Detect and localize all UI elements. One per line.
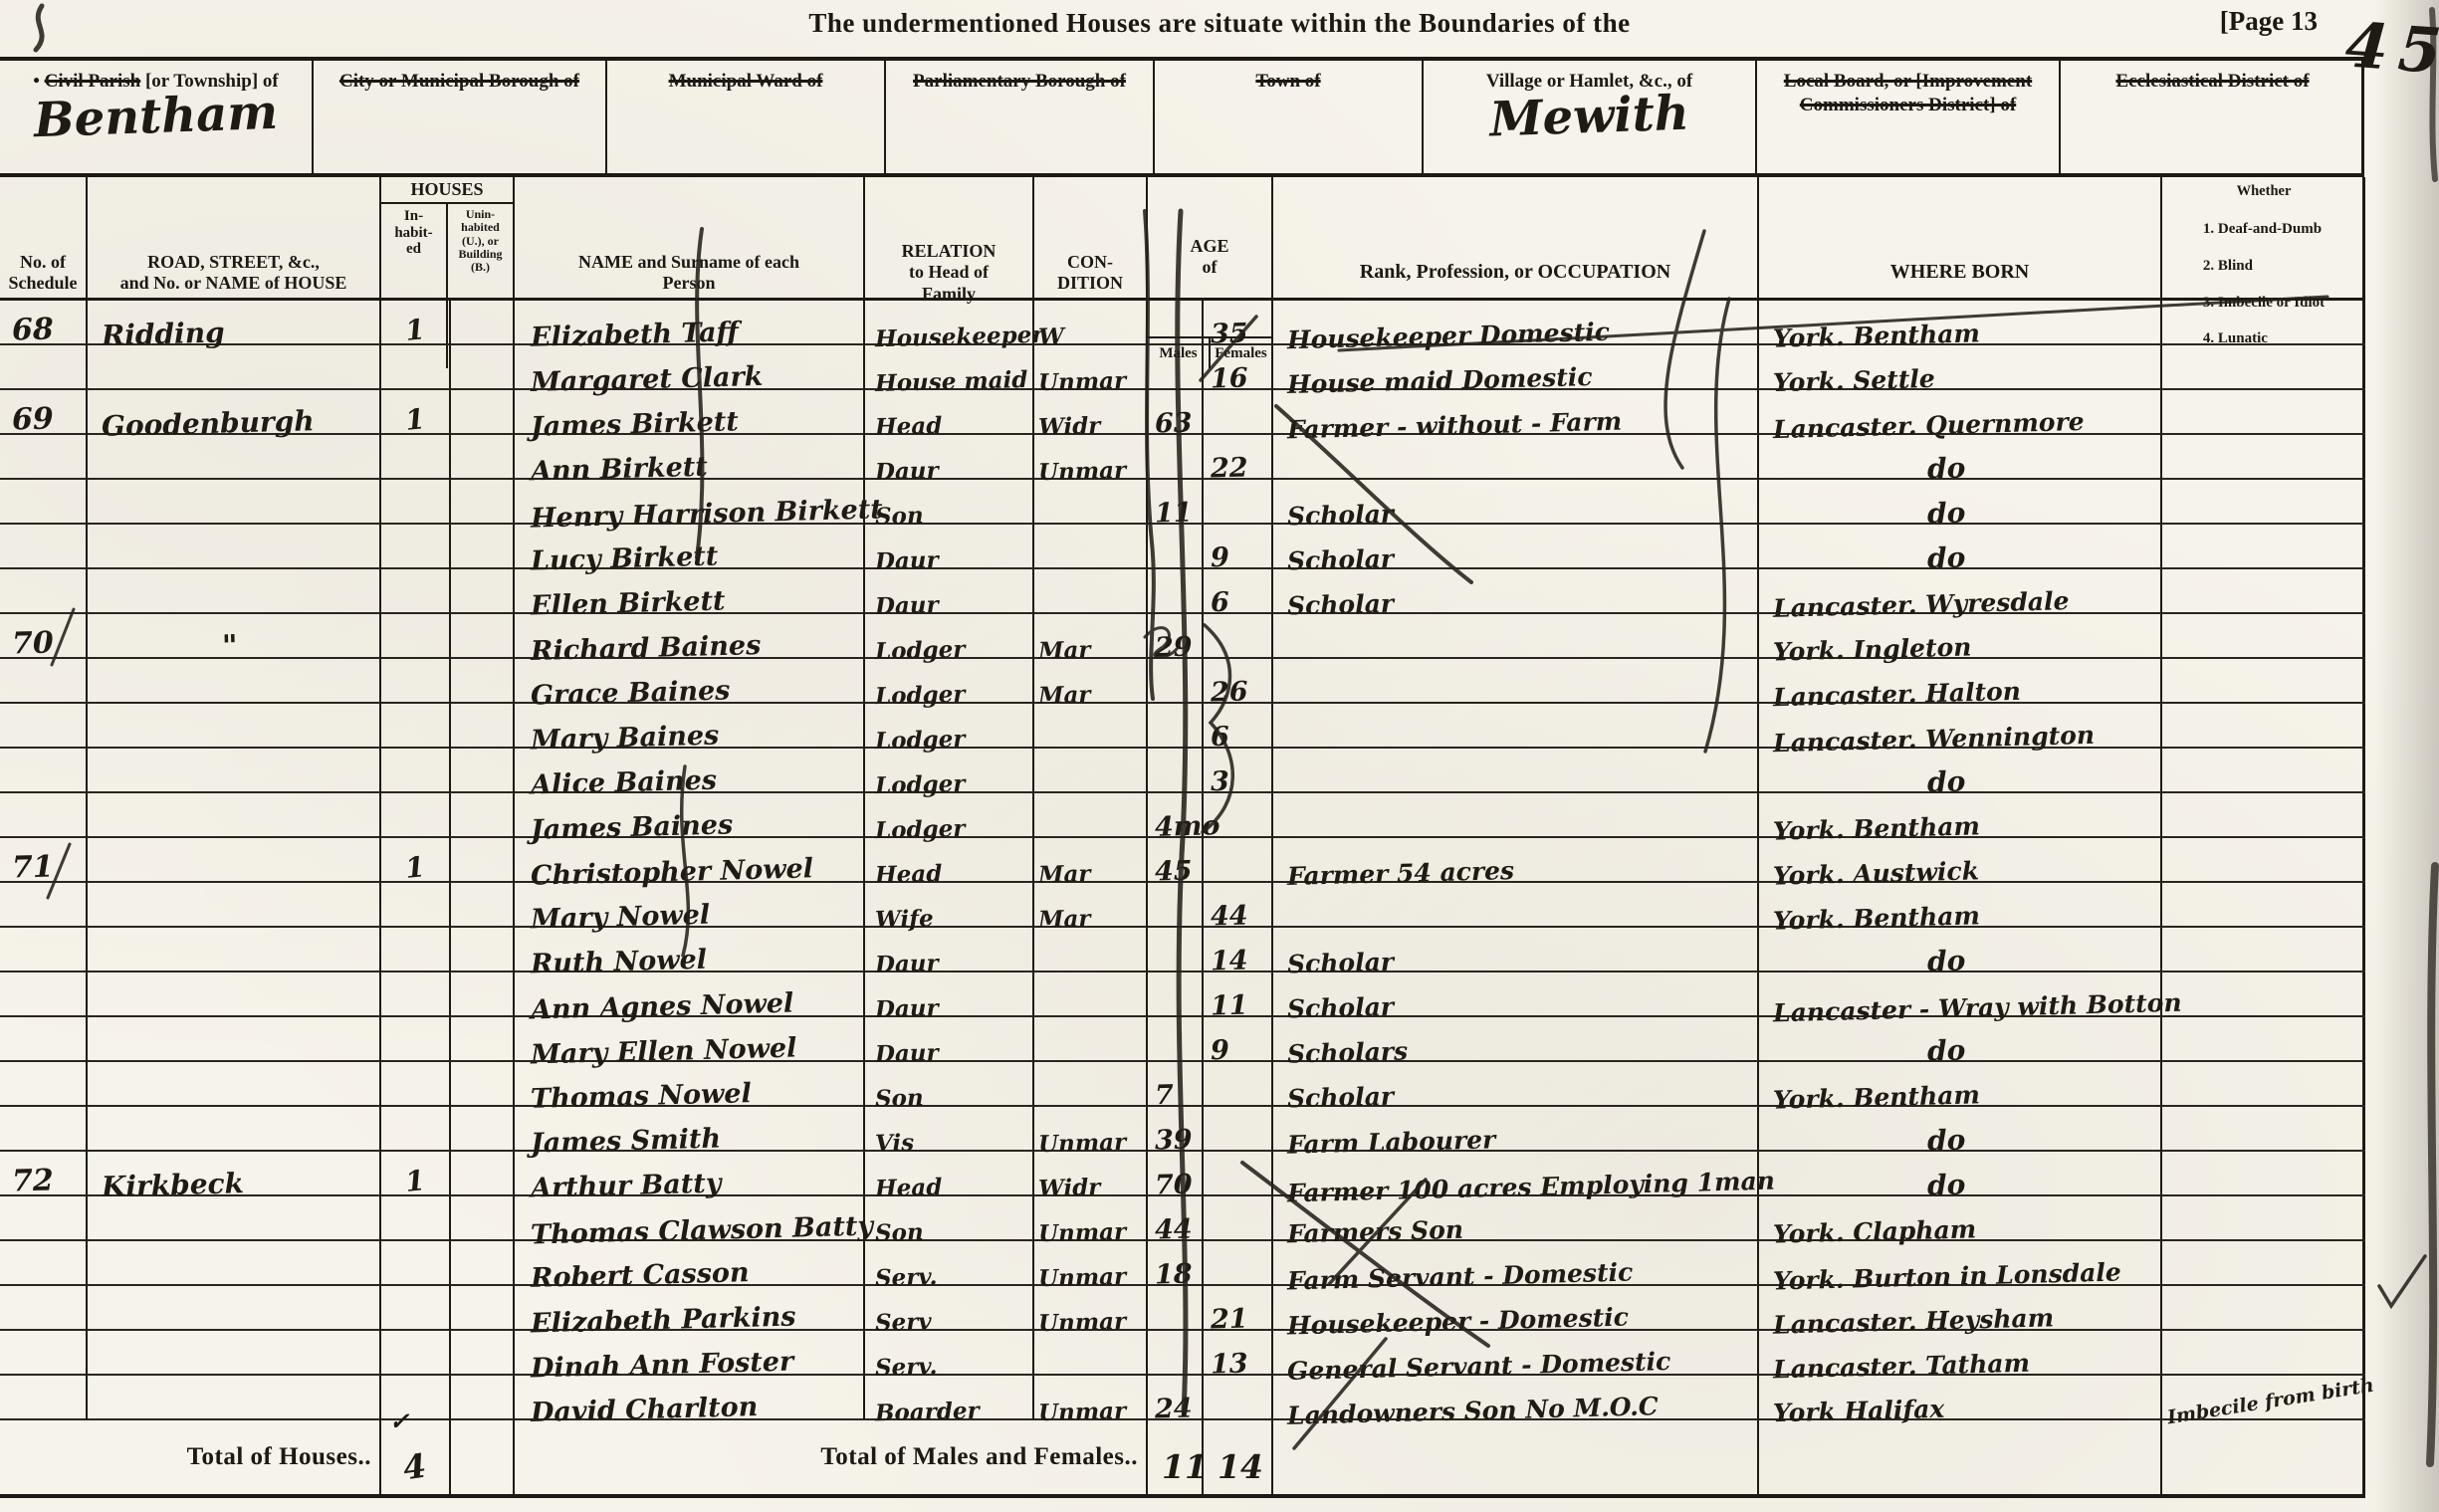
census-row: Margaret Clark House maid Unmar 16 House…	[0, 345, 2362, 390]
age-male-cell	[1148, 972, 1204, 1017]
relation-cell: Son	[865, 1062, 1034, 1107]
age-female-cell: 35	[1204, 301, 1273, 345]
where-born-cell: York. Clapham	[1759, 1196, 2162, 1241]
totals-born-cell	[1759, 1420, 2162, 1494]
relation-cell: Daur	[865, 1017, 1034, 1062]
age-male-cell: 29	[1148, 614, 1204, 659]
person-name-cell: Christopher Nowel	[515, 838, 865, 883]
district-field: Parliamentary Borough of	[886, 61, 1155, 173]
age-female-cell	[1204, 793, 1273, 838]
inhabited-cell	[381, 1331, 451, 1376]
schedule-number-cell	[0, 928, 88, 972]
where-born-cell: York. Ingleton	[1759, 614, 2162, 659]
inhabited-cell	[381, 435, 451, 480]
schedule-number-cell	[0, 480, 88, 525]
inhabited-cell: 1	[381, 390, 451, 435]
road-cell	[88, 1017, 381, 1062]
condition-cell: Widr	[1034, 390, 1148, 435]
schedule-number-cell	[0, 749, 88, 793]
occupation-cell	[1273, 659, 1759, 704]
occupation-cell	[1273, 614, 1759, 659]
age-female-cell	[1204, 1376, 1273, 1420]
person-name-cell: Ann Birkett	[515, 435, 865, 480]
age-male-cell	[1148, 883, 1204, 928]
occupation-cell: Farmer - without - Farm	[1273, 390, 1759, 435]
relation-cell: House maid	[865, 345, 1034, 390]
age-male-cell: 63	[1148, 390, 1204, 435]
inhabited-cell	[381, 972, 451, 1017]
age-male-cell: 18	[1148, 1241, 1204, 1286]
condition-cell: Unmar	[1034, 1376, 1148, 1420]
road-cell	[88, 972, 381, 1017]
relation-cell: Serv.	[865, 1331, 1034, 1376]
condition-cell	[1034, 793, 1148, 838]
uninhabited-cell	[451, 928, 515, 972]
occupation-cell	[1273, 749, 1759, 793]
relation-cell: Serv.	[865, 1241, 1034, 1286]
person-name-cell: Alice Baines	[515, 749, 865, 793]
age-female-cell	[1204, 1196, 1273, 1241]
person-name-cell: Henry Harrison Birkett	[515, 480, 865, 525]
person-name-cell: Elizabeth Parkins	[515, 1286, 865, 1331]
road-cell	[88, 838, 381, 883]
age-male-cell	[1148, 704, 1204, 749]
road-cell	[88, 1376, 381, 1420]
where-born-cell: Lancaster. Halton	[1759, 659, 2162, 704]
person-name-cell: David Charlton	[515, 1376, 865, 1420]
inhabited-cell: 1	[381, 301, 451, 345]
condition-cell: W	[1034, 301, 1148, 345]
age-female-cell: 13	[1204, 1331, 1273, 1376]
census-row: Ann Agnes Nowel Daur 11 Scholar Lancaste…	[0, 972, 2362, 1017]
road-cell	[88, 928, 381, 972]
disability-option-2: 2. Blind	[2203, 257, 2325, 275]
census-row: 69 Goodenburgh 1 James Birkett Head Widr…	[0, 390, 2362, 435]
person-name-cell: Arthur Batty	[515, 1152, 865, 1196]
inhabited-cell	[381, 883, 451, 928]
relation-cell: Daur	[865, 435, 1034, 480]
age-female-cell: 14	[1204, 928, 1273, 972]
age-male-cell	[1148, 1017, 1204, 1062]
road-cell: "	[88, 614, 381, 659]
occupation-cell: Scholar	[1273, 928, 1759, 972]
age-male-cell: 45	[1148, 838, 1204, 883]
inhabited-cell	[381, 1107, 451, 1152]
condition-cell: Unmar	[1034, 345, 1148, 390]
age-male-cell	[1148, 345, 1204, 390]
schedule-number-cell	[0, 883, 88, 928]
occupation-cell: Scholars	[1273, 1017, 1759, 1062]
census-row: Alice Baines Lodger 3 do	[0, 749, 2362, 793]
census-row: Ellen Birkett Daur 6 Scholar Lancaster. …	[0, 569, 2362, 614]
relation-cell: Head	[865, 838, 1034, 883]
disability-remarks-cell	[2162, 1331, 2365, 1376]
person-name-cell: Dinah Ann Foster	[515, 1331, 865, 1376]
uninhabited-cell	[451, 659, 515, 704]
condition-cell	[1034, 1062, 1148, 1107]
road-cell	[88, 1062, 381, 1107]
district-field-label-struck: Parliamentary Borough of	[913, 71, 1126, 92]
census-row: Elizabeth Parkins Serv Unmar 21 Housekee…	[0, 1286, 2362, 1331]
inhabited-cell	[381, 525, 451, 569]
district-field-label: City or Municipal Borough of	[320, 70, 599, 94]
disability-remarks-cell	[2162, 1196, 2365, 1241]
uninhabited-cell	[451, 480, 515, 525]
schedule-number-cell	[0, 345, 88, 390]
schedule-number-cell	[0, 704, 88, 749]
road-cell	[88, 1286, 381, 1331]
occupation-cell	[1273, 883, 1759, 928]
occupation-cell	[1273, 435, 1759, 480]
road-cell: Kirkbeck	[88, 1152, 381, 1196]
condition-cell: Mar	[1034, 883, 1148, 928]
age-female-cell	[1204, 1152, 1273, 1196]
schedule-number-cell	[0, 435, 88, 480]
disability-remarks-cell	[2162, 1286, 2365, 1331]
age-male-cell	[1148, 659, 1204, 704]
person-name-cell: Ruth Nowel	[515, 928, 865, 972]
person-name-cell: James Baines	[515, 793, 865, 838]
district-field: Local Board, or [Improvement Commissione…	[1757, 61, 2061, 173]
relation-cell: Head	[865, 390, 1034, 435]
uninhabited-cell	[451, 704, 515, 749]
person-name-cell: Mary Ellen Nowel	[515, 1017, 865, 1062]
uninhabited-cell	[451, 883, 515, 928]
census-rows: 68 Ridding 1 Elizabeth Taff Housekeeper …	[0, 301, 2362, 1420]
district-field-label: Municipal Ward of	[613, 70, 878, 94]
person-name-cell: Thomas Nowel	[515, 1062, 865, 1107]
uninhabited-cell	[451, 1331, 515, 1376]
district-field-label-struck: Town of	[1255, 71, 1320, 92]
schedule-number-cell	[0, 659, 88, 704]
disability-remarks-cell	[2162, 1107, 2365, 1152]
relation-cell: Lodger	[865, 793, 1034, 838]
condition-cell	[1034, 704, 1148, 749]
age-male-cell: 44	[1148, 1196, 1204, 1241]
where-born-cell: do	[1759, 1107, 2162, 1152]
condition-cell: Widr	[1034, 1152, 1148, 1196]
disability-remarks-cell	[2162, 838, 2365, 883]
condition-cell	[1034, 972, 1148, 1017]
schedule-number-cell: 69	[0, 390, 88, 435]
district-field-label: Local Board, or [Improvement Commissione…	[1763, 70, 2053, 117]
age-female-cell: 9	[1204, 525, 1273, 569]
census-table: No. of Schedule ROAD, STREET, &c., and N…	[0, 177, 2365, 1498]
relation-cell: Wife	[865, 883, 1034, 928]
disability-remarks-cell	[2162, 614, 2365, 659]
uninhabited-cell	[451, 1062, 515, 1107]
age-female-cell	[1204, 1062, 1273, 1107]
disability-remarks-cell	[2162, 301, 2365, 345]
condition-cell	[1034, 525, 1148, 569]
road-cell	[88, 1196, 381, 1241]
relation-cell: Son	[865, 1196, 1034, 1241]
person-name-cell: James Birkett	[515, 390, 865, 435]
total-females-cell: 14	[1204, 1420, 1273, 1494]
age-male-cell	[1148, 749, 1204, 793]
person-name-cell: Thomas Clawson Batty	[515, 1196, 865, 1241]
road-cell	[88, 1331, 381, 1376]
occupation-cell: Scholar	[1273, 1062, 1759, 1107]
district-header-band: • Civil Parish [or Township] of Bentham …	[0, 57, 2364, 177]
disability-remarks-cell	[2162, 525, 2365, 569]
census-row: Thomas Nowel Son 7 Scholar York. Bentham	[0, 1062, 2362, 1107]
total-people-label: Total of Males and Females..	[515, 1420, 1148, 1494]
district-field: Village or Hamlet, &c., of Mewith	[1424, 61, 1757, 173]
total-males: 11	[1162, 1447, 1208, 1486]
where-born-cell: do	[1759, 1152, 2162, 1196]
census-row: Ann Birkett Daur Unmar 22 do	[0, 435, 2362, 480]
census-row: Mary Baines Lodger 6 Lancaster. Wenningt…	[0, 704, 2362, 749]
age-female-cell: 16	[1204, 345, 1273, 390]
relation-cell: Daur	[865, 928, 1034, 972]
uninhabited-cell	[451, 1241, 515, 1286]
census-row: James Smith Vis Unmar 39 Farm Labourer d…	[0, 1107, 2362, 1152]
occupation-cell: Scholar	[1273, 972, 1759, 1017]
district-field: City or Municipal Borough of	[314, 61, 607, 173]
age-female-cell: 22	[1204, 435, 1273, 480]
age-female-cell: 6	[1204, 569, 1273, 614]
occupation-cell: Scholar	[1273, 480, 1759, 525]
road-cell	[88, 659, 381, 704]
schedule-number-cell: 72	[0, 1152, 88, 1196]
district-field-label-struck: Ecclesiastical District of	[2115, 71, 2309, 92]
relation-cell: Lodger	[865, 704, 1034, 749]
schedule-number-cell	[0, 569, 88, 614]
age-female-cell	[1204, 480, 1273, 525]
age-female-cell	[1204, 614, 1273, 659]
disability-remarks-cell	[2162, 972, 2365, 1017]
inhabited-cell	[381, 793, 451, 838]
where-born-cell: Lancaster. Quernmore	[1759, 390, 2162, 435]
inhabited-cell: 1	[381, 1152, 451, 1196]
where-born-cell: do	[1759, 435, 2162, 480]
uninhabited-cell	[451, 838, 515, 883]
census-row: Thomas Clawson Batty Son Unmar 44 Farmer…	[0, 1196, 2362, 1241]
disability-remarks-cell	[2162, 1062, 2365, 1107]
page-number-label: [Page 13	[2220, 6, 2318, 37]
age-female-cell: 3	[1204, 749, 1273, 793]
age-female-cell	[1204, 1107, 1273, 1152]
uninhabited-cell	[451, 1017, 515, 1062]
census-row: Dinah Ann Foster Serv. 13 General Servan…	[0, 1331, 2362, 1376]
relation-cell: Lodger	[865, 659, 1034, 704]
relation-cell: Daur	[865, 972, 1034, 1017]
disability-remarks-cell	[2162, 1241, 2365, 1286]
occupation-cell: Farmer 54 acres	[1273, 838, 1759, 883]
person-name-cell: Grace Baines	[515, 659, 865, 704]
person-name-cell: Margaret Clark	[515, 345, 865, 390]
census-row: 68 Ridding 1 Elizabeth Taff Housekeeper …	[0, 301, 2362, 345]
schedule-number: 71	[12, 849, 55, 885]
occupation-cell: General Servant - Domestic	[1273, 1331, 1759, 1376]
where-born-cell: York. Bentham	[1759, 793, 2162, 838]
condition-cell: Unmar	[1034, 1107, 1148, 1152]
where-born-cell: York. Settle	[1759, 345, 2162, 390]
condition-cell: Unmar	[1034, 435, 1148, 480]
district-field-label-struck: Municipal Ward of	[669, 71, 823, 92]
condition-cell: Mar	[1034, 659, 1148, 704]
age-male-cell: 70	[1148, 1152, 1204, 1196]
where-born-cell: York. Bentham	[1759, 883, 2162, 928]
occupation-cell: Farm Servant - Domestic	[1273, 1241, 1759, 1286]
schedule-number: 72	[12, 1163, 55, 1198]
schedule-number-cell	[0, 1196, 88, 1241]
occupation-cell: Housekeeper - Domestic	[1273, 1286, 1759, 1331]
census-row: James Baines Lodger 4mo York. Bentham	[0, 793, 2362, 838]
page-heading: The undermentioned Houses are situate wi…	[0, 8, 2439, 39]
road-cell	[88, 704, 381, 749]
disability-remarks-cell	[2162, 659, 2365, 704]
where-born-cell: do	[1759, 1017, 2162, 1062]
person-name-cell: Lucy Birkett	[515, 525, 865, 569]
where-born-cell: do	[1759, 928, 2162, 972]
road-cell	[88, 883, 381, 928]
disability-remarks-cell	[2162, 480, 2365, 525]
age-female-cell: 21	[1204, 1286, 1273, 1331]
total-females: 14	[1218, 1447, 1263, 1486]
district-field: • Civil Parish [or Township] of Bentham	[0, 61, 314, 173]
road-cell	[88, 480, 381, 525]
age-female-cell: 6	[1204, 704, 1273, 749]
district-field-label: Parliamentary Borough of	[892, 70, 1147, 94]
uninhabited-cell	[451, 390, 515, 435]
inhabited-mark: 1	[404, 850, 427, 885]
age-male-cell: 4mo	[1148, 793, 1204, 838]
inhabited-cell	[381, 1017, 451, 1062]
occupation-cell	[1273, 704, 1759, 749]
disability-remarks-cell	[2162, 704, 2365, 749]
census-row: Lucy Birkett Daur 9 Scholar do	[0, 525, 2362, 569]
totals-row: Total of Houses.. ✓ 4 Total of Males and…	[0, 1420, 2362, 1498]
schedule-number-cell: 70	[0, 614, 88, 659]
schedule-number: 68	[12, 312, 55, 347]
age-female-cell: 9	[1204, 1017, 1273, 1062]
schedule-number-cell: 71	[0, 838, 88, 883]
person-name-cell: Mary Baines	[515, 704, 865, 749]
district-field: Municipal Ward of	[607, 61, 886, 173]
where-born-cell: do	[1759, 525, 2162, 569]
uninhabited-cell	[451, 345, 515, 390]
condition-cell: Mar	[1034, 838, 1148, 883]
census-row: Ruth Nowel Daur 14 Scholar do	[0, 928, 2362, 972]
occupation-cell	[1273, 793, 1759, 838]
age-male-cell	[1148, 525, 1204, 569]
condition-cell	[1034, 480, 1148, 525]
where-born-cell: Lancaster. Wyresdale	[1759, 569, 2162, 614]
uninhabited-cell	[451, 614, 515, 659]
relation-cell: Daur	[865, 569, 1034, 614]
uninhabited-cell	[451, 1286, 515, 1331]
road-cell	[88, 345, 381, 390]
uninhabited-cell	[451, 525, 515, 569]
schedule-number-cell	[0, 1376, 88, 1420]
occupation-cell: Housekeeper Domestic	[1273, 301, 1759, 345]
age-male-cell	[1148, 928, 1204, 972]
relation-cell: Head	[865, 1152, 1034, 1196]
district-field: Town of	[1155, 61, 1424, 173]
schedule-number: 69	[12, 401, 55, 437]
occupation-cell: Scholar	[1273, 569, 1759, 614]
inhabited-cell	[381, 1286, 451, 1331]
district-field: Ecclesiastical District of	[2061, 61, 2364, 173]
relation-cell: Daur	[865, 525, 1034, 569]
disability-remarks-cell	[2162, 345, 2365, 390]
condition-cell	[1034, 1331, 1148, 1376]
uninhabited-cell	[451, 1376, 515, 1420]
totals-disability-cell	[2162, 1420, 2365, 1494]
relation-cell: Housekeeper	[865, 301, 1034, 345]
uninhabited-cell	[451, 972, 515, 1017]
road-cell	[88, 435, 381, 480]
disabilities-title: Whether	[2237, 183, 2292, 200]
person-name-cell: Robert Casson	[515, 1241, 865, 1286]
road-cell	[88, 749, 381, 793]
inhabited-cell	[381, 1241, 451, 1286]
schedule-number-cell	[0, 972, 88, 1017]
inhabited-cell	[381, 659, 451, 704]
relation-cell: Boarder	[865, 1376, 1034, 1420]
uninhabited-cell	[451, 435, 515, 480]
occupation-cell: Farmers Son	[1273, 1196, 1759, 1241]
uninhabited-cell	[451, 793, 515, 838]
where-born-cell: Lancaster. Heysham	[1759, 1286, 2162, 1331]
census-row: Mary Nowel Wife Mar 44 York. Bentham	[0, 883, 2362, 928]
occupation-cell: Scholar	[1273, 525, 1759, 569]
disability-remarks-cell	[2162, 1017, 2365, 1062]
occupation-cell: Landowners Son No M.O.C	[1273, 1376, 1759, 1420]
relation-cell: Son	[865, 480, 1034, 525]
age-male-cell: 7	[1148, 1062, 1204, 1107]
age-female-cell	[1204, 390, 1273, 435]
inhabited-cell	[381, 480, 451, 525]
inhabited-cell	[381, 569, 451, 614]
condition-cell: Unmar	[1034, 1196, 1148, 1241]
disability-remarks-cell	[2162, 749, 2365, 793]
district-field-label-struck: City or Municipal Borough of	[339, 71, 579, 92]
census-row: 72 Kirkbeck 1 Arthur Batty Head Widr 70 …	[0, 1152, 2362, 1196]
age-female-cell: 26	[1204, 659, 1273, 704]
relation-cell: Serv	[865, 1286, 1034, 1331]
total-houses-value: 4	[400, 1446, 428, 1488]
age-female-cell	[1204, 838, 1273, 883]
census-row: 70 " Richard Baines Lodger Mar 29 York. …	[0, 614, 2362, 659]
census-row: Grace Baines Lodger Mar 26 Lancaster. Ha…	[0, 659, 2362, 704]
disability-option-1: 1. Deaf-and-Dumb	[2203, 220, 2325, 238]
schedule-number-cell	[0, 1107, 88, 1152]
district-field-value: Mewith	[1423, 81, 1756, 152]
person-name-cell: Richard Baines	[515, 614, 865, 659]
uninhabited-cell	[451, 301, 515, 345]
uninhabited-cell	[451, 1196, 515, 1241]
inhabited-cell	[381, 345, 451, 390]
road-cell	[88, 569, 381, 614]
district-field-value: Bentham	[0, 82, 313, 152]
where-born-cell: York Halifax	[1759, 1376, 2162, 1420]
census-row: Henry Harrison Birkett Son 11 Scholar do	[0, 480, 2362, 525]
check-mark: ✓	[389, 1406, 409, 1435]
person-name-cell: Mary Nowel	[515, 883, 865, 928]
road-cell	[88, 525, 381, 569]
where-born-cell: York. Bentham	[1759, 301, 2162, 345]
schedule-number-cell: 68	[0, 301, 88, 345]
disability-remarks-cell: Imbecile from birth	[2162, 1376, 2365, 1420]
relation-cell: Lodger	[865, 614, 1034, 659]
condition-cell: Unmar	[1034, 1241, 1148, 1286]
total-houses-label: Total of Houses..	[0, 1420, 381, 1494]
uninhabited-cell	[451, 569, 515, 614]
census-row: 71 1 Christopher Nowel Head Mar 45 Farme…	[0, 838, 2362, 883]
